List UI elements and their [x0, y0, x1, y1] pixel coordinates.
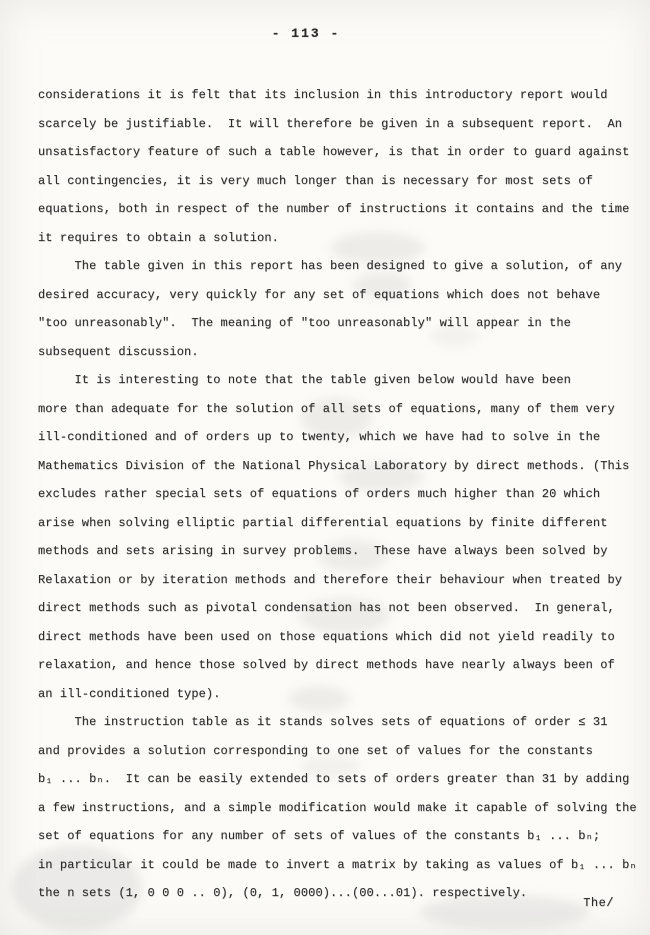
document-body: considerations it is felt that its inclu…: [38, 81, 638, 908]
text-line: b₁ ... bₙ. It can be easily extended to …: [38, 765, 638, 794]
text-line: relaxation, and hence those solved by di…: [38, 651, 638, 680]
text-line: subsequent discussion.: [38, 338, 638, 367]
text-line: excludes rather special sets of equation…: [38, 480, 638, 509]
text-line: Relaxation or by iteration methods and t…: [38, 566, 638, 595]
text-line: arise when solving elliptic partial diff…: [38, 509, 638, 538]
text-line: scarcely be justifiable. It will therefo…: [38, 110, 638, 139]
text-line: the n sets (1, 0 0 0 .. 0), (0, 1, 0000)…: [38, 879, 638, 908]
text-line: equations, both in respect of the number…: [38, 195, 638, 224]
text-line: direct methods have been used on those e…: [38, 623, 638, 652]
scanned-document-page: - 113 - considerations it is felt that i…: [0, 0, 650, 935]
page-number: - 113 -: [0, 26, 612, 41]
text-line: methods and sets arising in survey probl…: [38, 537, 638, 566]
text-line: direct methods such as pivotal condensat…: [38, 594, 638, 623]
text-line: "too unreasonably". The meaning of "too …: [38, 309, 638, 338]
text-line: it requires to obtain a solution.: [38, 224, 638, 253]
text-line: all contingencies, it is very much longe…: [38, 167, 638, 196]
text-line: considerations it is felt that its inclu…: [38, 81, 638, 110]
text-line: set of equations for any number of sets …: [38, 822, 638, 851]
text-line: and provides a solution corresponding to…: [38, 737, 638, 766]
text-line: more than adequate for the solution of a…: [38, 395, 638, 424]
text-line: It is interesting to note that the table…: [38, 366, 638, 395]
text-line: ill-conditioned and of orders up to twen…: [38, 423, 638, 452]
text-line: desired accuracy, very quickly for any s…: [38, 281, 638, 310]
text-line: an ill-conditioned type).: [38, 680, 638, 709]
text-line: Mathematics Division of the National Phy…: [38, 452, 638, 481]
text-line: The table given in this report has been …: [38, 252, 638, 281]
text-line: a few instructions, and a simple modific…: [38, 794, 638, 823]
text-line: The instruction table as it stands solve…: [38, 708, 638, 737]
text-line: in particular it could be made to invert…: [38, 851, 638, 880]
text-line: unsatisfactory feature of such a table h…: [38, 138, 638, 167]
catchword: The/: [583, 896, 614, 910]
